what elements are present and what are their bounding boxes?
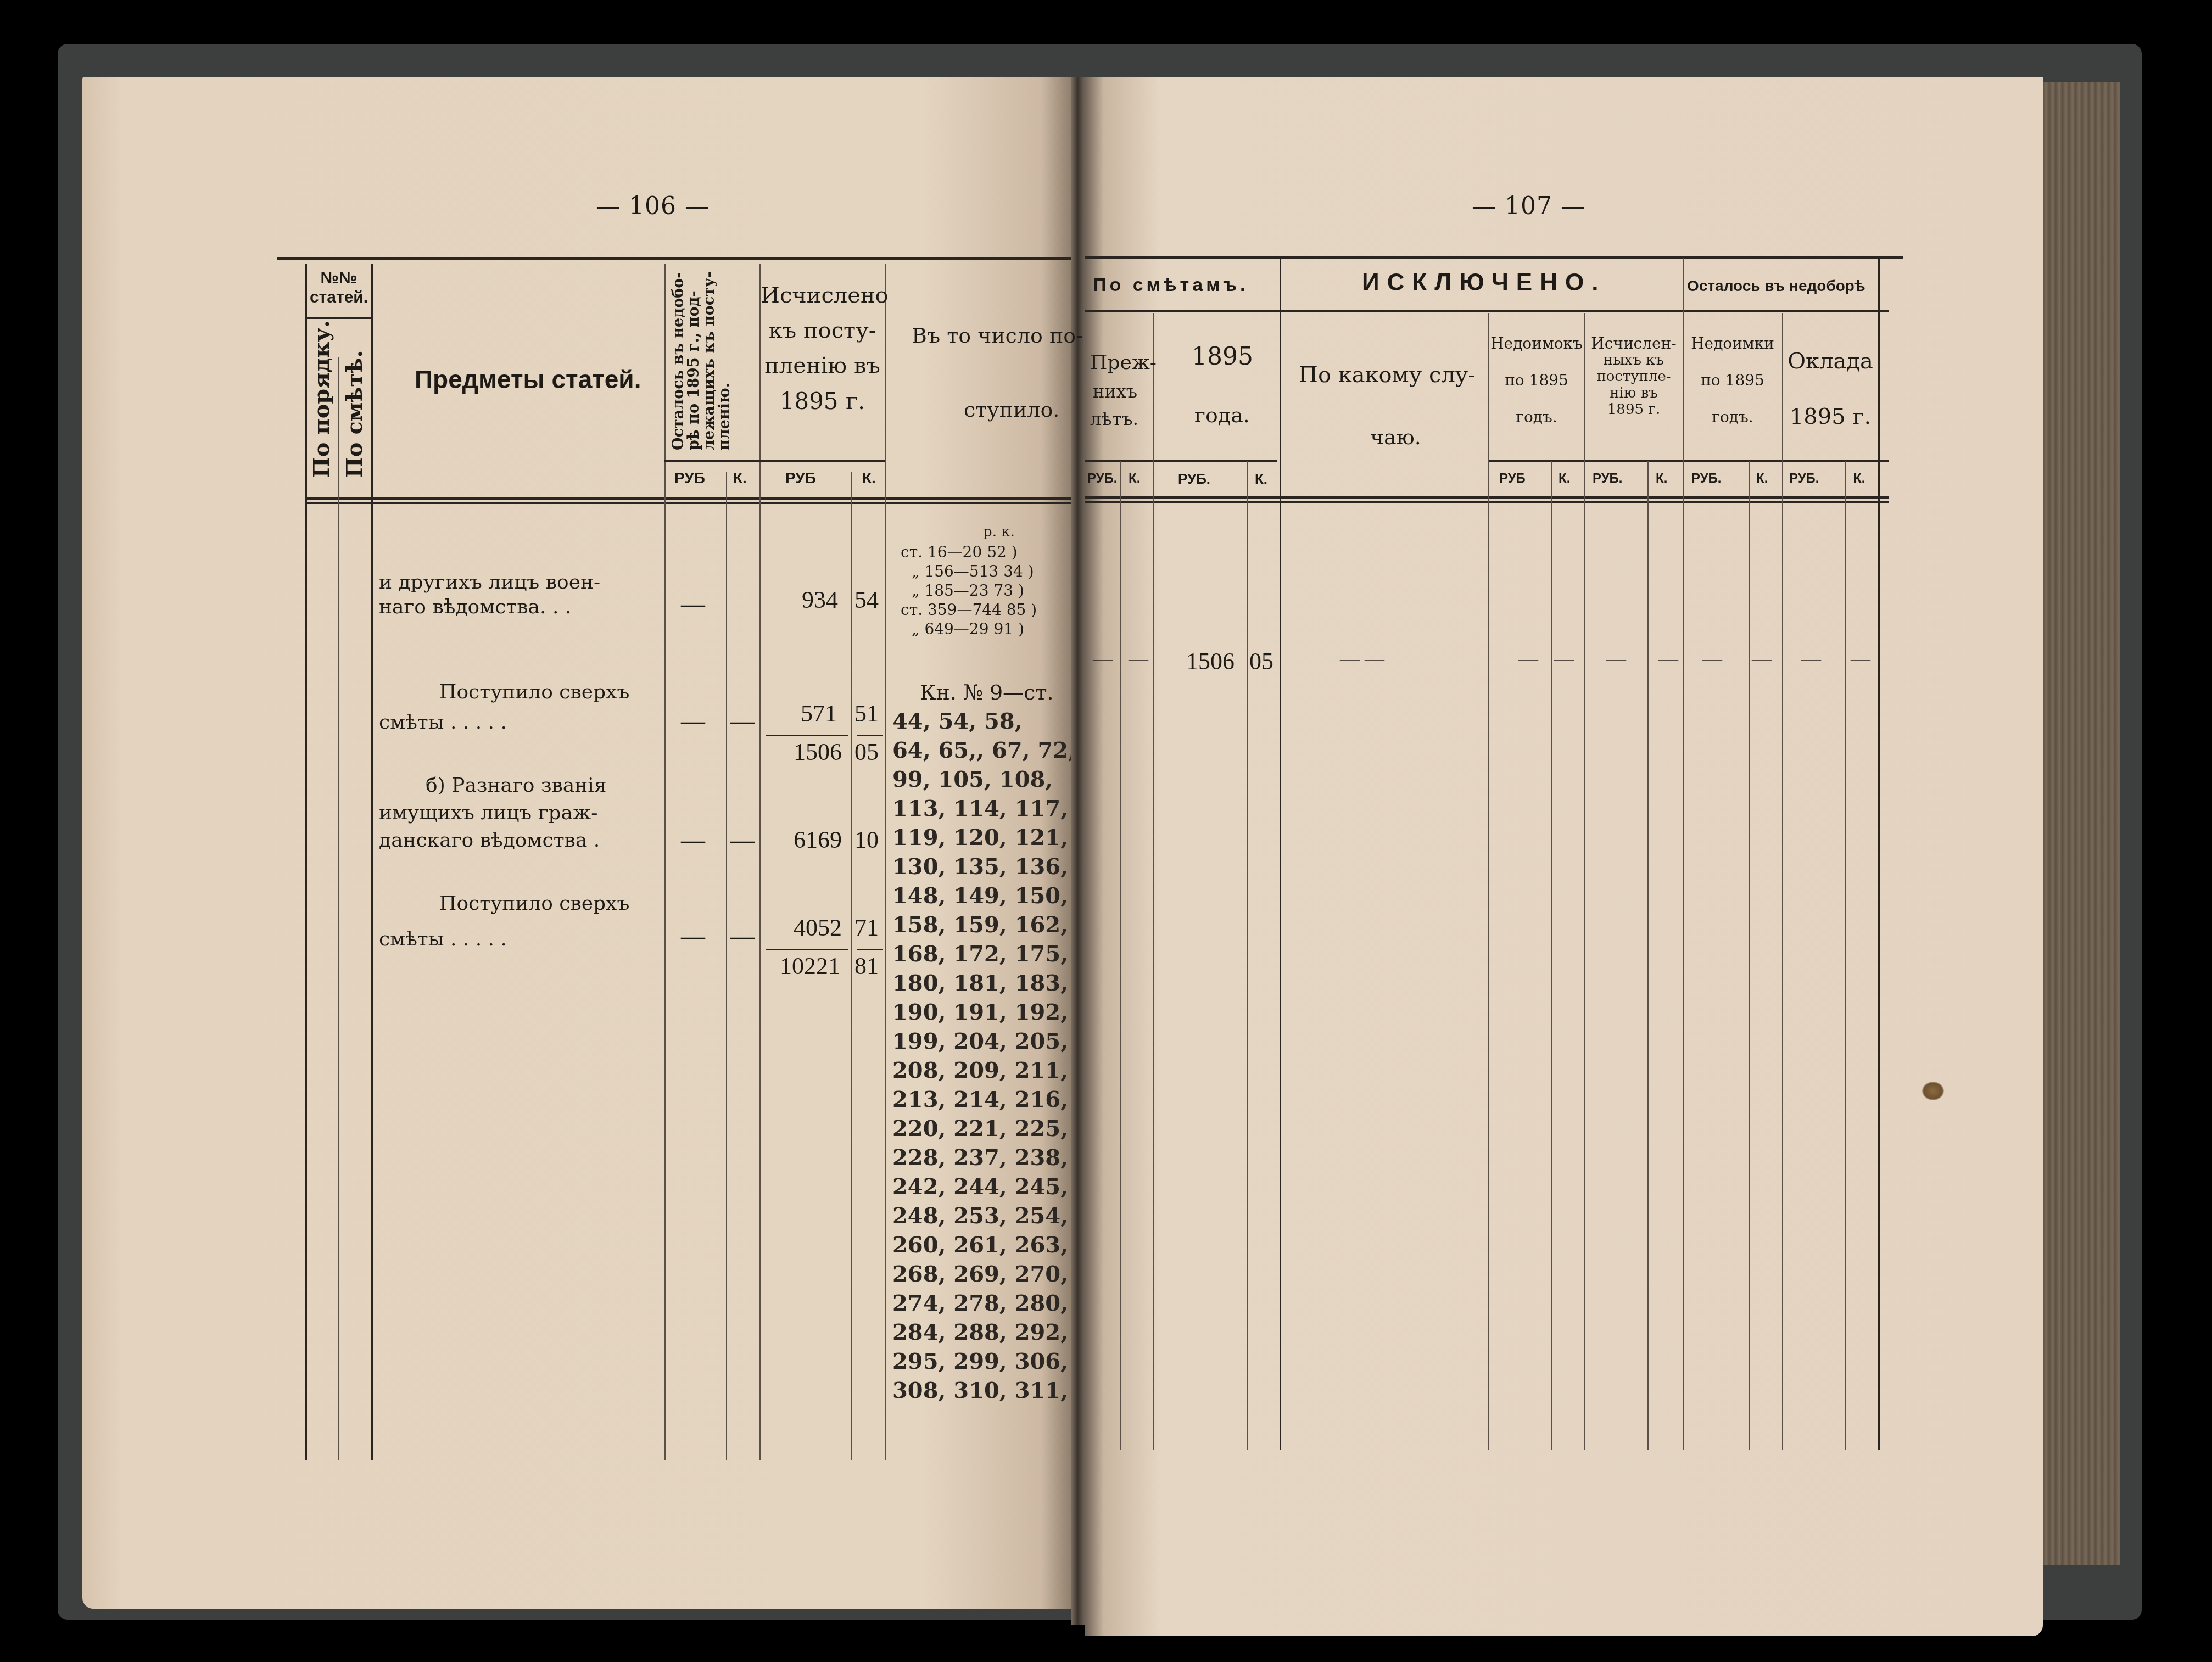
col-line [1120,461,1121,1450]
detail-line: „ 156—513 34 ) [912,563,1034,580]
page-number-right: — 107 — [1472,192,1585,220]
row-ischisleno-kop: 10 [854,826,879,854]
sum-line [766,949,848,950]
unit-rub: РУБ. [1087,471,1118,486]
left-header-bottom-rule [305,497,1071,500]
row-ischisleno-kop: 54 [854,586,879,614]
detail-line: „ 649—29 91 ) [912,620,1024,638]
header-ostalos-v-nedobore: Осталось въ недоборѣ [1687,277,1865,295]
unit-kop: К. [1559,471,1570,486]
col-line [1280,258,1281,1450]
total-rub: 10221 [780,953,840,981]
article-number-row: 220, 221, 225, [892,1116,1068,1141]
unit-kop: К. [1656,471,1667,486]
row-ostalos: — [681,922,705,950]
article-number-row: 308, 310, 311, [892,1378,1068,1403]
header-oklada: Оклада 1895 г. [1783,349,1878,429]
article-number-row: 180, 181, 183, [892,970,1068,996]
header-po-smete: По смѣтѣ. [342,357,367,478]
header-po-smetam: По смѣтамъ. [1093,275,1249,296]
header-nn-statey: №№ статей. [306,269,371,307]
page-number-left: — 106 — [596,192,710,220]
row-dash: — [1518,648,1538,670]
detail-line: ст. 16—20 52 ) [901,544,1018,561]
unit-kop: К. [1255,471,1267,488]
left-header-bottom-rule-2 [305,502,1071,504]
row-label: б) Разнаго званія [426,774,607,797]
row-ischisleno-kop: 51 [854,700,879,728]
header-1895-goda: года. [1194,404,1250,428]
row-prezhnikh-kop: — [1129,648,1148,670]
paper-stain [1922,1082,1944,1100]
detail-line: ст. 359—744 85 ) [901,601,1037,619]
page-edges [2043,82,2120,1565]
article-number-row: 148, 149, 150, [892,883,1068,909]
row-ischisleno-rub: 6169 [794,826,842,854]
article-number-row: 199, 204, 205, [892,1028,1068,1054]
article-number-row: 113, 114, 117, [892,796,1068,821]
article-number-row: 208, 209, 211, [892,1057,1068,1083]
row-ischisleno-rub: 4052 [794,914,842,942]
row-ostalos: — [681,590,705,618]
sum-line [857,735,883,736]
detail-header: р. к. [983,524,1015,541]
col-line [851,472,852,1460]
article-number-row: 284, 288, 292, [892,1319,1068,1345]
article-number-row: 295, 299, 306, [892,1348,1068,1374]
col-line [1584,313,1585,1450]
row-label: Поступило сверхъ [439,892,629,915]
unit-rub: РУБ. [1178,471,1210,488]
header-predmety: Предметы статей. [415,365,641,394]
col-line [1488,313,1489,1450]
row-dash: — [1658,648,1678,670]
book-gutter [1071,77,1085,1625]
row-ischisleno-rub: 571 [801,700,837,728]
row-label: имущихъ лицъ граж- [379,802,597,824]
kn-reference: Кн. № 9—ст. [920,681,1054,705]
col-line [1153,313,1154,1450]
unit-rub: РУБ [1499,471,1526,486]
article-number-row: 268, 269, 270, [892,1261,1068,1287]
col-line [1878,258,1880,1450]
header-ostalos: Осталось въ недобо- рѣ по 1895 г., под- … [670,264,725,456]
subtotal-kop: 05 [854,738,879,766]
header-nedoimki: Недоимки по 1895 годъ. [1684,335,1781,427]
sum-line [857,949,883,950]
article-number-row: 190, 191, 192, [892,999,1068,1025]
row-dash: — [1606,648,1626,670]
header-ischislennykh: Исчислен- ныхъ къ поступле- нію въ 1895 … [1585,335,1682,418]
header-prezhnikh: нихъ [1093,382,1137,402]
unit-kop: К. [733,469,747,487]
article-number-row: 248, 253, 254, [892,1203,1068,1229]
unit-kop: К. [1129,471,1140,486]
right-header-divider [1085,310,1889,312]
header-prezhnikh: лѣтъ. [1090,409,1138,429]
row-dash: — [1851,648,1870,670]
col-line [726,472,727,1460]
right-units-divider [1085,460,1277,462]
header-v-to-chislo-2: ступило. [964,398,1059,422]
unit-rub: РУБ. [1789,471,1819,486]
total-kop: 81 [854,953,879,981]
unit-rub: РУБ [785,469,816,487]
article-number-row: 228, 237, 238, [892,1145,1068,1171]
left-units-divider [664,460,885,462]
unit-kop: К. [1756,471,1768,486]
col-line [885,264,886,1460]
row-dash: — [1801,648,1821,670]
row-dash: — [1702,648,1722,670]
col-line [1782,313,1783,1450]
row-dash: — [1752,648,1772,670]
row-ischisleno-kop: 71 [854,914,879,942]
col-line [664,264,666,1460]
row-label: смѣты . . . . . [379,711,507,734]
header-po-kakomu: По какому слу- [1299,362,1476,388]
subtotal-rub: 1506 [794,738,842,766]
header-nedoimok: Недоимокъ по 1895 годъ. [1489,335,1584,427]
col-line [371,264,373,1460]
row-1895-kop: 05 [1249,648,1273,676]
article-number-row: 260, 261, 263, [892,1232,1068,1258]
header-ischisleno: Исчислено къ посту- пленію въ 1895 г. [761,283,884,415]
row-ostalos-kop: — [730,826,755,854]
row-label: наго вѣдомства. . . [379,596,571,618]
col-line [1551,461,1552,1450]
col-line [1749,461,1750,1450]
article-number-row: 119, 120, 121, [892,825,1068,850]
row-label: и другихъ лицъ воен- [379,571,600,594]
unit-rub: РУБ. [1593,471,1623,486]
article-number-row: 99, 105, 108, [892,766,1053,792]
row-label: данскаго вѣдомства . [379,829,600,852]
row-ostalos-kop: — [730,922,755,950]
header-po-kakomu: чаю. [1370,426,1421,450]
right-header-bottom-rule-2 [1085,501,1889,503]
right-table-top-rule [1085,256,1903,259]
row-ischisleno-rub: 934 [802,586,838,614]
row-prezhnikh-rub: — [1093,648,1113,670]
unit-rub: РУБ. [1691,471,1722,486]
article-numbers-list: 44, 54, 58, 64, 65,, 67, 72, 99, 105, 10… [892,708,1071,1422]
row-ostalos-kop: — [730,707,755,735]
col-line [1247,461,1248,1450]
left-nn-divider [305,317,371,319]
article-number-row: 242, 244, 245, [892,1174,1068,1200]
col-line [305,264,307,1460]
article-number-row: 44, 54, 58, [892,708,1023,734]
row-dash: — [1554,648,1574,670]
article-number-row: 158, 159, 162, [892,912,1068,938]
header-v-to-chislo: Въ то число по- [912,324,1083,348]
col-line [1683,258,1684,1450]
row-ostalos: — [681,707,705,735]
header-1895-goda: 1895 [1192,343,1253,371]
article-number-row: 213, 214, 216, [892,1087,1068,1112]
row-po-kakomu: — — [1340,648,1384,670]
article-number-row: 168, 172, 175, [892,941,1068,967]
header-isklyucheno: ИСКЛЮЧЕНО. [1362,269,1606,297]
row-1895-rub: 1506 [1186,648,1235,676]
header-prezhnikh: Преж- [1090,351,1157,374]
unit-kop: К. [1853,471,1865,486]
row-ostalos: — [681,826,705,854]
right-header-bottom-rule [1085,496,1889,499]
article-number-row: 64, 65,, 67, 72, [892,737,1071,763]
left-table-top-rule [277,257,1071,260]
col-line [1647,461,1649,1450]
article-number-row: 274, 278, 280, [892,1290,1068,1316]
unit-rub: РУБ [674,469,705,487]
article-number-row: 130, 135, 136, [892,854,1068,880]
sum-line [766,735,848,736]
row-label: смѣты . . . . . [379,928,507,950]
col-line [759,264,761,1460]
row-label: Поступило сверхъ [439,681,629,703]
header-po-poryadku: По порядку. [309,329,334,478]
detail-line: „ 185—23 73 ) [912,582,1024,600]
right-units-divider [1488,460,1889,462]
col-line [338,357,339,1460]
col-line [1845,461,1846,1450]
unit-kop: К. [862,469,876,487]
